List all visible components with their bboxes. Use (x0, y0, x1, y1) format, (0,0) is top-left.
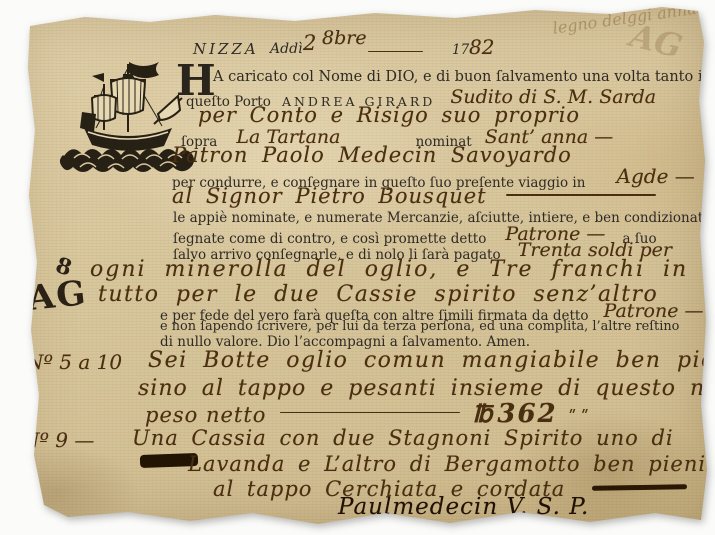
header-day-written: 2 (303, 31, 316, 55)
cargo-item2-line2: Lavanda e L’altro di Bergamotto ben pien… (188, 452, 715, 476)
bill-of-lading-paper: legno delggi annali AG NIZZA Addì 2 8bre… (0, 0, 715, 535)
net-weight-line: peso netto ℔ 362 ʺ ʺ (145, 399, 589, 429)
header-year-written: 82 (469, 35, 494, 59)
weight-value: 362 (497, 399, 557, 429)
handwritten-line-3: per Conto e Risigo suo proprio (198, 103, 580, 127)
printed-line-1: A caricato col Nome di DIO, e di buon ſa… (213, 69, 712, 85)
weight-zero-marks: ʺ ʺ (569, 407, 589, 426)
cargo-item2-line1: Una Cassia con due Stagnoni Spirito uno … (132, 426, 674, 450)
header-month-written: 8bre (322, 27, 367, 49)
cargo-item1-number: Nº 5 a 10 (26, 350, 122, 374)
signature: Paulmedecin V. S. P. (338, 494, 589, 520)
cargo-item2-number: Nº 9 — (22, 428, 94, 452)
consignee-written: al Signor Pietro Bousquet (172, 184, 487, 208)
cargo-item1-line2: sino al tappo e pesanti insieme di quest… (138, 376, 715, 401)
weight-leader-line (280, 412, 460, 413)
printed-line-8: le appiè nominate, e numerate Mercanzie,… (173, 210, 715, 226)
verso-bleedthrough-mark: AG (626, 16, 686, 65)
net-weight-label: peso netto (145, 403, 266, 427)
weight-unit-symbol: ℔ (473, 399, 493, 428)
closing-heavy-dash (592, 484, 687, 491)
handwritten-line-11: ogni minerolla del oglio, e Tre franchi … (90, 257, 688, 282)
consignee-line: al Signor Pietro Bousquet (172, 184, 656, 208)
patron-line: Patron Paolo Medecin Savoyardo (172, 143, 572, 167)
header-year-printed: 17 (452, 42, 469, 58)
scanned-document: legno delggi annali AG NIZZA Addì 2 8bre… (0, 0, 715, 535)
printed-line-14: e non ſapendo ſcrivere, per lui da terza… (160, 319, 679, 334)
header-flourish-line (368, 51, 423, 52)
consignee-flourish-line (506, 194, 656, 196)
merchant-mark-letters: AG (26, 273, 89, 319)
cargo-item1-line1: Sei Botte oglio comun mangiabile ben pie… (148, 348, 715, 373)
header-addi-label: Addì (270, 41, 303, 57)
merchant-mark: 8 AG (26, 258, 106, 342)
